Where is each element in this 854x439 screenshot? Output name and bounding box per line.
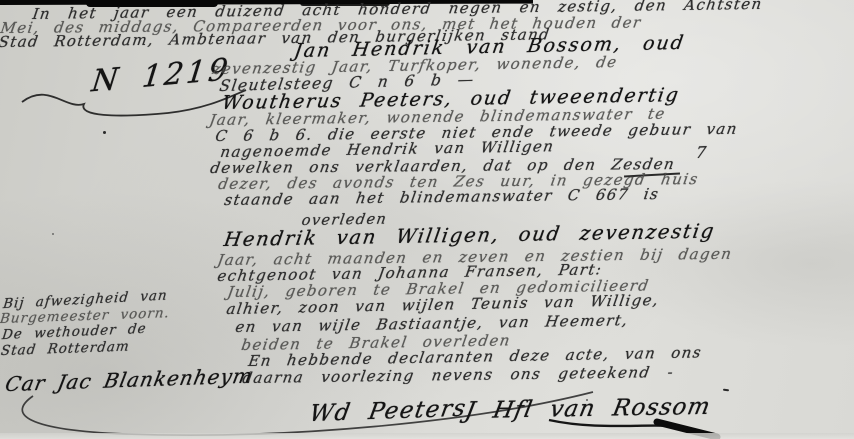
ink-speck <box>586 399 588 401</box>
margin-note-line: Stad Rotterdam <box>0 339 131 360</box>
ink-speck <box>52 233 54 235</box>
signature-peeters: Wd Peeters <box>307 396 469 428</box>
signature-rossom: J Hfl van Rossom <box>463 394 713 424</box>
margin-signature: Car Jac Blankenheym <box>3 363 255 396</box>
ink-speck <box>723 389 729 392</box>
scanned-death-record-page: In het jaar een duizend acht honderd neg… <box>0 0 854 439</box>
page-bottom-edge <box>0 433 854 439</box>
side-mark: 7 <box>695 143 709 162</box>
ink-speck <box>103 131 106 134</box>
